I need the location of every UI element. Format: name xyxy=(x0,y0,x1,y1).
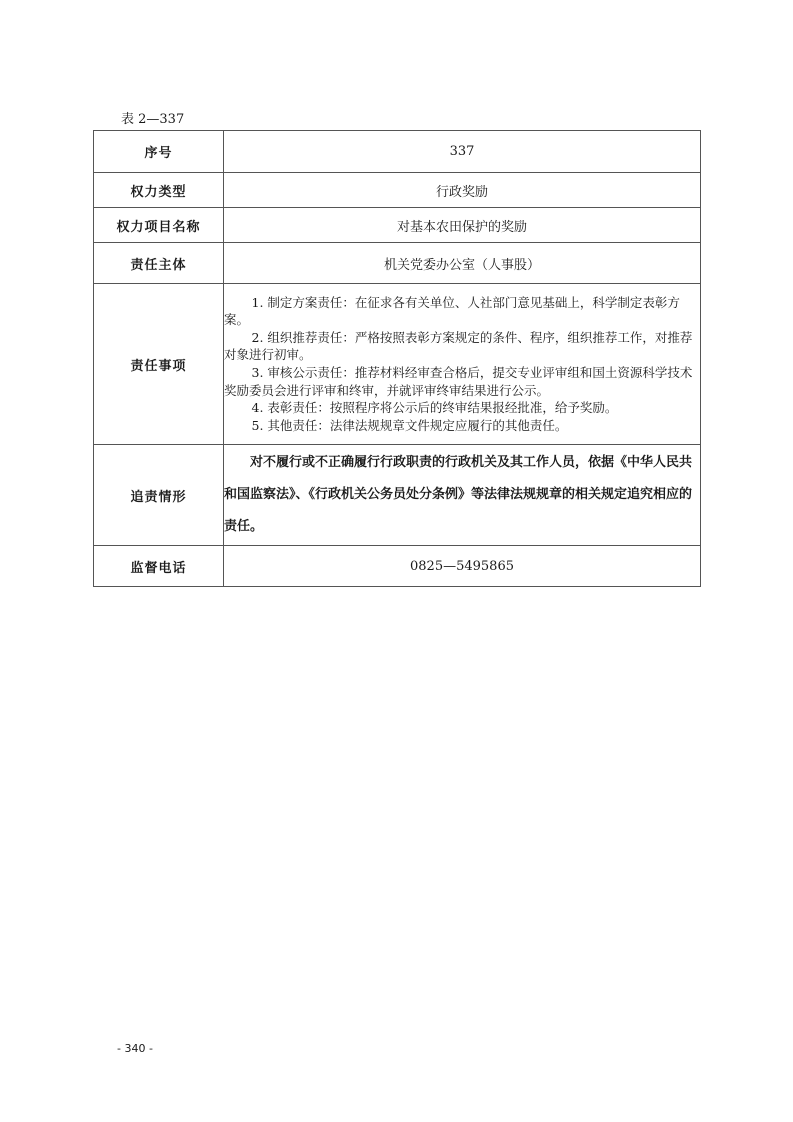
responsible-body-value: 机关党委办公室（人事股） xyxy=(224,243,701,284)
duty-item: 2. 组织推荐责任：严格按照表彰方案规定的条件、程序，组织推荐工作，对推荐对象进… xyxy=(224,329,700,364)
accountability-text-cell: 对不履行或不正确履行行政职责的行政机关及其工作人员，依据《中华人民共和国监察法》… xyxy=(224,445,701,546)
duty-item: 5. 其他责任：法律法规规章文件规定应履行的其他责任。 xyxy=(224,417,700,435)
power-item-table: 序号 337 权力类型 行政奖励 权力项目名称 对基本农田保护的奖励 责任主体 … xyxy=(93,130,701,587)
item-name-value: 对基本农田保护的奖励 xyxy=(224,208,701,243)
table-row-power-type: 权力类型 行政奖励 xyxy=(94,173,701,208)
table-row-accountability: 追责情形 对不履行或不正确履行行政职责的行政机关及其工作人员，依据《中华人民共和… xyxy=(94,445,701,546)
serial-value: 337 xyxy=(224,131,701,173)
accountability-label: 追责情形 xyxy=(94,445,224,546)
hotline-label: 监督电话 xyxy=(94,546,224,587)
duty-item: 3. 审核公示责任：推荐材料经审查合格后，提交专业评审组和国土资源科学技术奖励委… xyxy=(224,364,700,399)
table-row-hotline: 监督电话 0825—5495865 xyxy=(94,546,701,587)
accountability-text: 对不履行或不正确履行行政职责的行政机关及其工作人员，依据《中华人民共和国监察法》… xyxy=(224,447,700,543)
duties-list: 1. 制定方案责任：在征求各有关单位、人社部门意见基础上，科学制定表彰方案。 2… xyxy=(224,284,701,445)
duty-item: 4. 表彰责任：按照程序将公示后的终审结果报经批准，给予奖励。 xyxy=(224,399,700,417)
table-row-responsible-body: 责任主体 机关党委办公室（人事股） xyxy=(94,243,701,284)
duty-item: 1. 制定方案责任：在征求各有关单位、人社部门意见基础上，科学制定表彰方案。 xyxy=(224,294,700,329)
table-caption: 表 2—337 xyxy=(121,108,184,127)
power-type-value: 行政奖励 xyxy=(224,173,701,208)
item-name-label: 权力项目名称 xyxy=(94,208,224,243)
page-number: - 340 - xyxy=(117,1042,153,1055)
table-row-item-name: 权力项目名称 对基本农田保护的奖励 xyxy=(94,208,701,243)
hotline-value: 0825—5495865 xyxy=(224,546,701,587)
table-row-duties: 责任事项 1. 制定方案责任：在征求各有关单位、人社部门意见基础上，科学制定表彰… xyxy=(94,284,701,445)
serial-label: 序号 xyxy=(94,131,224,173)
responsible-body-label: 责任主体 xyxy=(94,243,224,284)
duties-label: 责任事项 xyxy=(94,284,224,445)
power-type-label: 权力类型 xyxy=(94,173,224,208)
table-row-serial: 序号 337 xyxy=(94,131,701,173)
